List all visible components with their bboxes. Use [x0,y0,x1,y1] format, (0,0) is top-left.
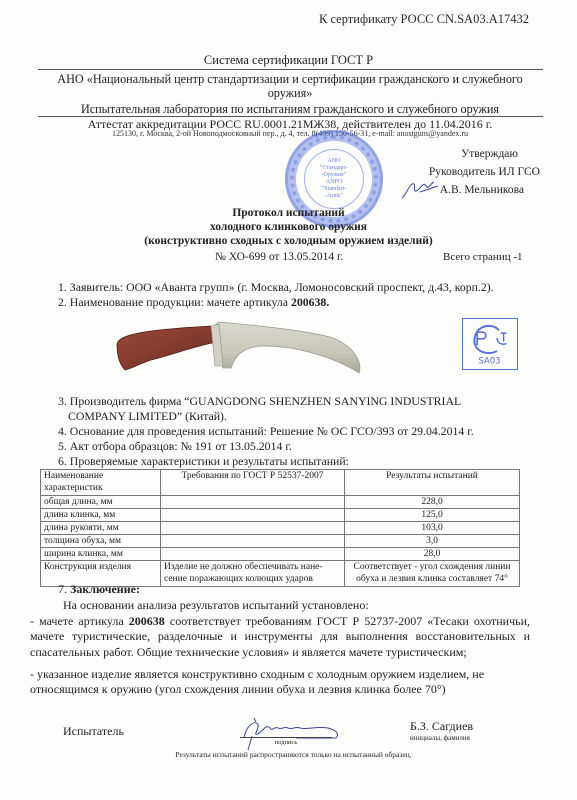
table-row: ширина клинка, мм 28,0 [41,548,520,561]
product-article: 200638. [291,295,329,309]
conclusion-heading: 7. Заключение: [58,582,140,597]
items-1-2: 1. Заявитель: ООО «Аванта групп» (г. Мос… [58,280,494,310]
article-number: 200638 [129,614,165,628]
header-cell: Наименование характеристик [41,470,161,496]
stamp-text: "Стандарт- [305,165,363,172]
approver-signature [400,178,440,200]
footnote: Результаты испытаний распространяются то… [0,750,577,759]
stamp-center: АНО "Стандарт- -Оружие" ANPO "Standart- … [304,149,364,209]
cell: 103,0 [345,522,520,535]
organization-name: АНО «Национальный центр стандартизации и… [40,72,540,100]
product-label: 2. Наименование продукции: мачете артику… [58,295,291,309]
tester-label: Испытатель [63,724,124,739]
sampling-act: 5. Акт отбора образцов: № 191 от 13.05.2… [58,439,474,454]
tester-signature [236,712,346,752]
approval-role: Руководитель ИЛ ГСО [360,163,540,181]
table-row: толщина обуха, мм 3,0 [41,535,520,548]
cell: 28,0 [345,548,520,561]
certificate-reference: К сертификату РОСС CN.SA03.A17432 [319,12,529,27]
cell [161,548,345,561]
conclusion-paragraph-1: - мачете артикула 200638 соответствует т… [30,614,530,660]
cell: длина клинка, мм [41,509,161,522]
address-line: 125130, г. Москва, 2-ой Новоподмосковный… [40,129,540,138]
text: - мачете артикула [30,614,129,628]
protocol-number: № ХО-699 от 13.05.2014 г. [215,251,343,263]
conclusion-paragraph-2: - указанное изделие является конструктив… [30,667,530,698]
svg-text:SA03: SA03 [478,355,500,365]
divider [38,69,543,70]
manufacturer: 3. Производитель фирма “GUANGDONG SHENZH… [58,394,474,409]
cell [161,509,345,522]
header-cell: Требования по ГОСТ Р 52537-2007 [161,470,345,496]
manufacturer-cont: COMPANY LIMITED” (Китай). [58,409,474,424]
checked-characteristics: 6. Проверяемые характеристики и результа… [58,454,474,469]
cell [161,496,345,509]
cell [161,535,345,548]
signature-line [240,737,332,738]
title-line: холодного клинкового оружия [0,220,577,234]
machete-image [115,318,365,376]
page-count: Всего страниц -1 [443,251,523,263]
cell: ширина клинка, мм [41,548,161,561]
cell [161,522,345,535]
approval-name: А.В. Мельникова [360,181,540,199]
rst-logo-icon: SA03 [463,319,516,368]
conclusion-intro: На основании анализа результатов испытан… [63,598,369,613]
table-row: общая длина, мм 228,0 [41,496,520,509]
cell: Изделие не должно обеспечивать нане-сени… [161,561,345,587]
cell: 3,0 [345,535,520,548]
name-caption: инициалы, фамилия [410,732,473,744]
title-line: (конструктивно сходных с холодным оружие… [0,234,577,248]
stamp-text: -Оружие" [305,172,363,179]
items-3-6: 3. Производитель фирма “GUANGDONG SHENZH… [58,394,474,469]
tester-name: Б.З. Сагдиев [410,720,473,732]
cell: общая длина, мм [41,496,161,509]
product-name: 2. Наименование продукции: мачете артику… [58,295,494,310]
laboratory-name: Испытательная лаборатория по испытаниям … [40,102,540,117]
approval-label: Утверждаю [360,145,540,163]
stamp-text: "Standart- [305,186,363,193]
tester-name-block: Б.З. Сагдиев инициалы, фамилия [410,720,473,744]
certification-system: Система сертификации ГОСТ Р [0,53,577,68]
stamp-text: ANPO [305,179,363,186]
rst-certification-mark: SA03 [462,318,518,370]
results-table: Наименование характеристик Требования по… [40,469,520,587]
cell: 228,0 [345,496,520,509]
stamp-text: -Arms" [305,193,363,200]
cell: толщина обуха, мм [41,535,161,548]
signature-caption: подпись [240,739,332,746]
stamp-text: АНО [305,158,363,165]
table-row: длина рукояти, мм 103,0 [41,522,520,535]
heading-text: Заключение: [70,582,140,596]
applicant: 1. Заявитель: ООО «Аванта групп» (г. Мос… [58,280,494,295]
cell: длина рукояти, мм [41,522,161,535]
test-basis: 4. Основание для проведения испытаний: Р… [58,424,474,439]
table-row: длина клинка, мм 125,0 [41,509,520,522]
heading-number: 7. [58,582,70,596]
cell: 125,0 [345,509,520,522]
protocol-title: Протокол испытаний холодного клинкового … [0,206,577,248]
title-line: Протокол испытаний [0,206,577,220]
approval-block: Утверждаю Руководитель ИЛ ГСО А.В. Мельн… [360,145,540,199]
header-cell: Результаты испытаний [345,470,520,496]
cell: Соответствует - угол схождения линии обу… [345,561,520,587]
table-header-row: Наименование характеристик Требования по… [41,470,520,496]
